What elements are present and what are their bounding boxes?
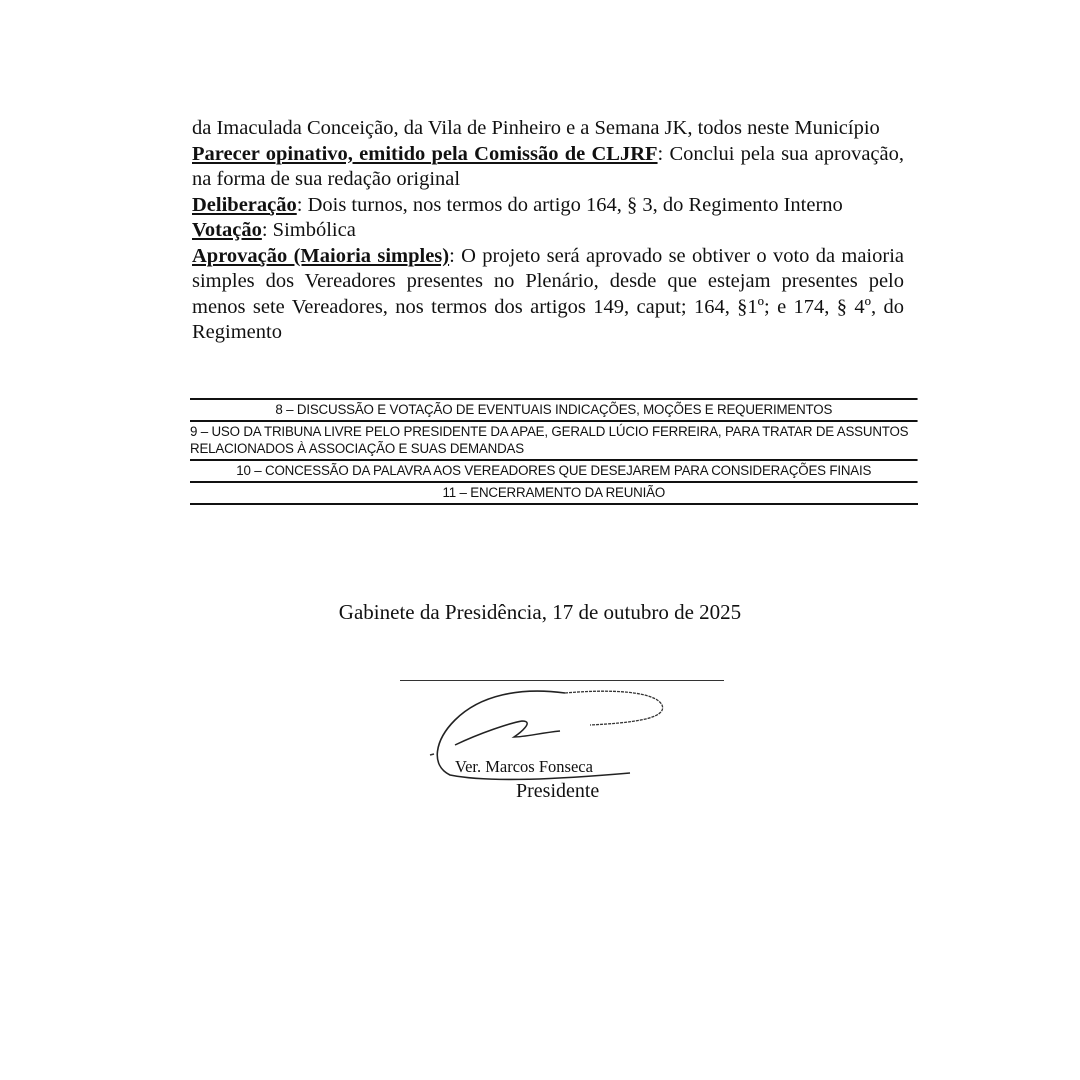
deliberacao-label: Deliberação	[192, 194, 297, 216]
signer-role: Presidente	[516, 780, 599, 803]
deliberacao-paragraph: Deliberação: Dois turnos, nos termos do …	[192, 193, 904, 219]
intro-paragraph: da Imaculada Conceição, da Vila de Pinhe…	[192, 116, 904, 142]
deliberacao-text: : Dois turnos, nos termos do artigo 164,…	[297, 194, 843, 216]
place-date: Gabinete da Presidência, 17 de outubro d…	[0, 600, 1080, 625]
votacao-label: Votação	[192, 219, 262, 241]
document-body: da Imaculada Conceição, da Vila de Pinhe…	[192, 116, 904, 346]
agenda-item-11: 11 – ENCERRAMENTO DA REUNIÃO	[190, 481, 918, 503]
aprovacao-paragraph: Aprovação (Maioria simples): O projeto s…	[192, 244, 904, 346]
aprovacao-label: Aprovação (Maioria simples)	[192, 245, 449, 267]
agenda-item-10: 10 – CONCESSÃO DA PALAVRA AOS VEREADORES…	[190, 459, 918, 481]
votacao-paragraph: Votação: Simbólica	[192, 218, 904, 244]
parecer-label: Parecer opinativo, emitido pela Comissão…	[192, 143, 658, 165]
agenda-divider	[190, 503, 918, 505]
agenda-item-8: 8 – DISCUSSÃO E VOTAÇÃO DE EVENTUAIS IND…	[190, 398, 918, 420]
signer-name: Ver. Marcos Fonseca	[455, 757, 593, 777]
signature-scribble	[400, 675, 690, 795]
votacao-text: : Simbólica	[262, 219, 356, 241]
agenda-list: 8 – DISCUSSÃO E VOTAÇÃO DE EVENTUAIS IND…	[190, 398, 918, 505]
parecer-paragraph: Parecer opinativo, emitido pela Comissão…	[192, 142, 904, 193]
agenda-item-9: 9 – USO DA TRIBUNA LIVRE PELO PRESIDENTE…	[190, 420, 918, 459]
